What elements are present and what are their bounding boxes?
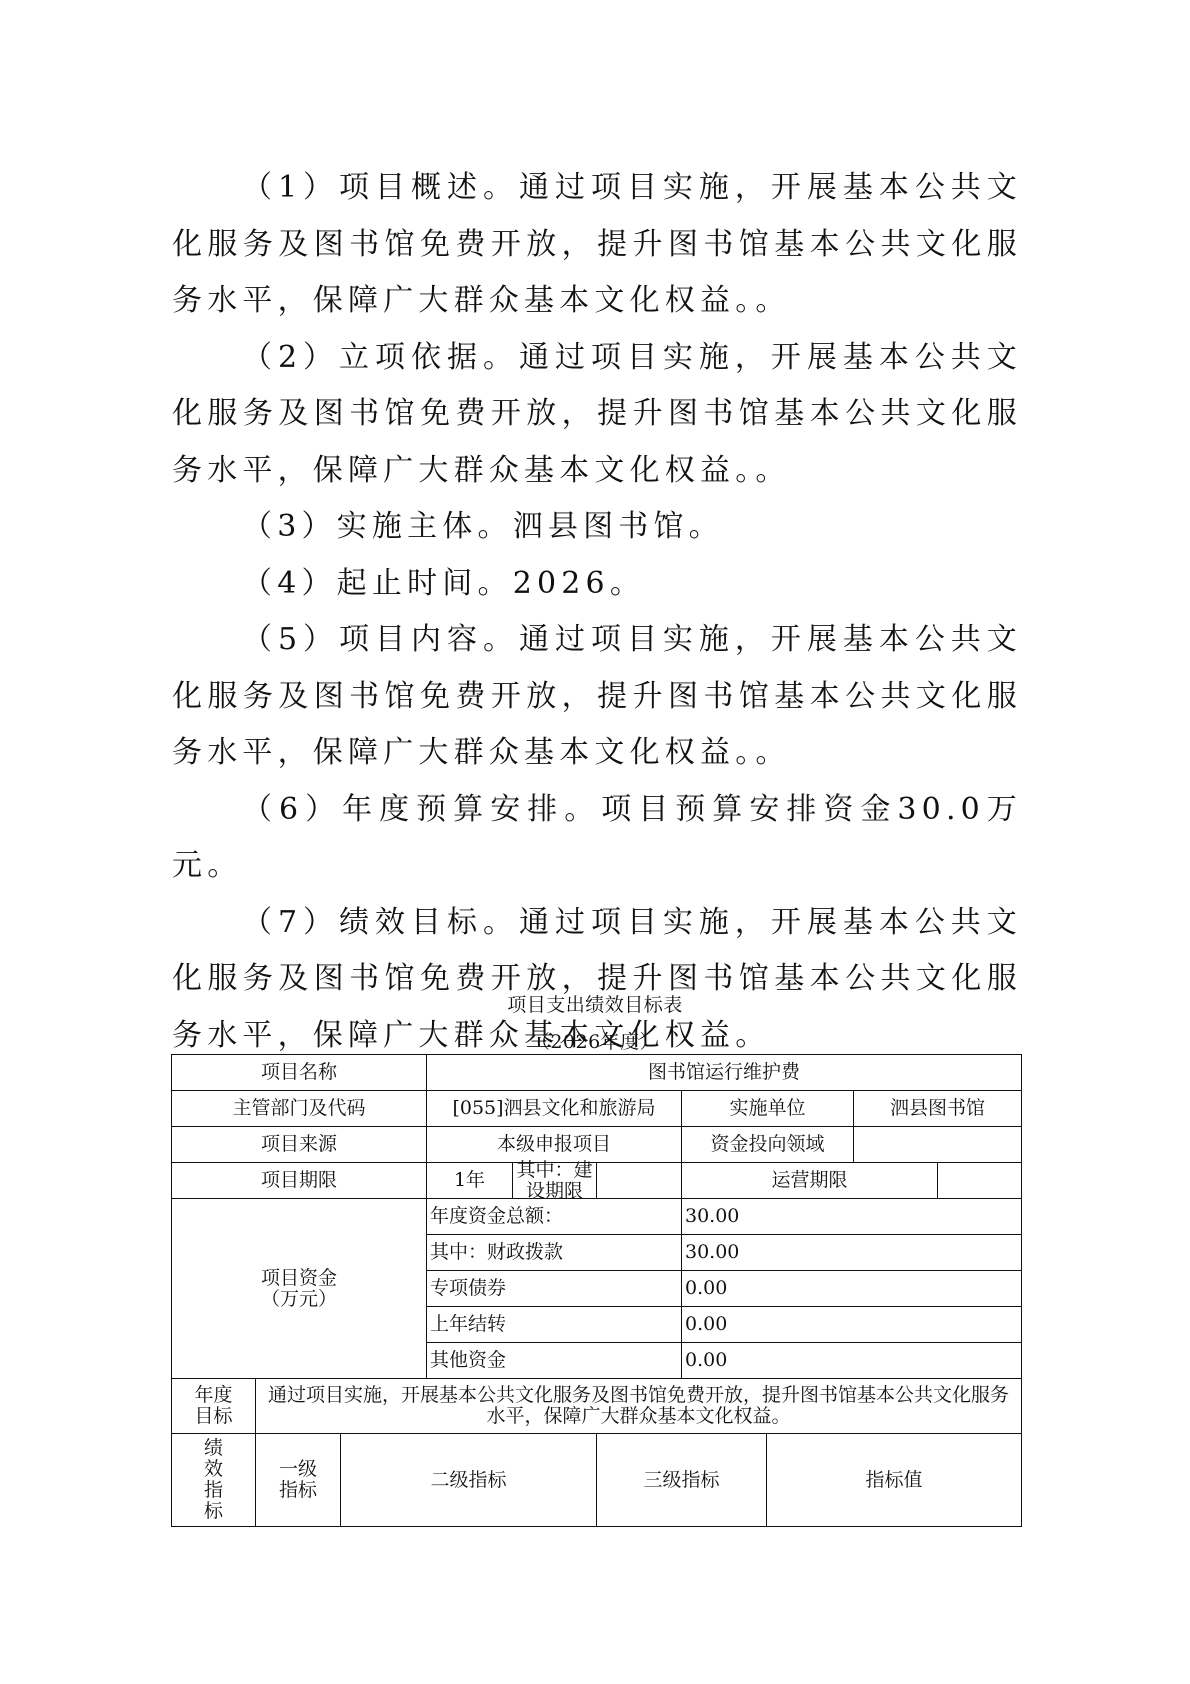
funds-label-text: 项目资金: [261, 1267, 337, 1289]
fund-area-label: 资金投向领域: [682, 1127, 854, 1163]
paragraph-overview: （1）项目概述。通过项目实施，开展基本公共文化服务及图书馆免费开放，提升图书馆基…: [172, 160, 1022, 330]
table-subtitle: （2026年度）: [170, 1027, 1020, 1054]
table-title: 项目支出绩效目标表: [170, 990, 1020, 1017]
paragraph-label: （1）项目概述。: [242, 170, 519, 205]
fund-row-value: 30.00: [682, 1199, 1022, 1235]
funds-label: 项目资金（万元）: [172, 1199, 427, 1379]
dept-label: 主管部门及代码: [172, 1091, 427, 1127]
paragraph-label: （6）年度预算安排。: [242, 792, 601, 827]
indicators-label-char: 指: [204, 1479, 223, 1501]
construction-period-label: 其中：建设期限: [512, 1163, 596, 1198]
table-row: 项目名称 图书馆运行维护费: [172, 1055, 1022, 1091]
table-row: 绩效指标 一级指标 二级指标 三级指标 指标值: [172, 1434, 1022, 1527]
operation-period-label: 运营期限: [682, 1163, 938, 1199]
impl-unit-value: 泗县图书馆: [854, 1091, 1022, 1127]
fund-row-label: 专项债券: [427, 1271, 682, 1307]
annual-goal-label: 年度目标: [172, 1379, 256, 1434]
period-label: 项目期限: [172, 1163, 427, 1199]
paragraph-text: 2026。: [513, 566, 645, 601]
indicator-value-header: 指标值: [767, 1434, 1022, 1527]
paragraph-label: （7）绩效目标。: [242, 905, 519, 940]
project-name-value: 图书馆运行维护费: [427, 1055, 1022, 1091]
annual-goal-text: 通过项目实施，开展基本公共文化服务及图书馆免费开放，提升图书馆基本公共文化服务水…: [256, 1379, 1022, 1434]
impl-unit-label: 实施单位: [682, 1091, 854, 1127]
construction-period-value: [597, 1163, 682, 1199]
level3-indicator-header: 三级指标: [597, 1434, 767, 1527]
level1-indicator-header: 一级指标: [256, 1434, 341, 1527]
fund-row-value: 0.00: [682, 1343, 1022, 1379]
indicators-label-char: 绩: [204, 1437, 223, 1459]
level1-label-line: 指标: [279, 1479, 317, 1501]
paragraph-text: 泗县图书馆。: [513, 509, 724, 544]
period-years: 1年: [427, 1163, 512, 1198]
indicators-label-char: 效: [204, 1458, 223, 1480]
project-name-label: 项目名称: [172, 1055, 427, 1091]
table-row: 年度目标 通过项目实施，开展基本公共文化服务及图书馆免费开放，提升图书馆基本公共…: [172, 1379, 1022, 1434]
paragraph-budget: （6）年度预算安排。项目预算安排资金30.0万元。: [172, 782, 1022, 895]
table-row: 项目期限 1年 其中：建设期限 运营期限: [172, 1163, 1022, 1199]
fund-row-label: 上年结转: [427, 1307, 682, 1343]
document-page: （1）项目概述。通过项目实施，开展基本公共文化服务及图书馆免费开放，提升图书馆基…: [0, 0, 1190, 1684]
paragraph-label: （2）立项依据。: [242, 340, 519, 375]
indicators-label-char: 标: [204, 1500, 223, 1522]
fund-row-value: 0.00: [682, 1271, 1022, 1307]
paragraph-label: （4）起止时间。: [242, 566, 513, 601]
indicators-label: 绩效指标: [172, 1434, 256, 1527]
fund-row-label: 年度资金总额：: [427, 1199, 682, 1235]
project-description: （1）项目概述。通过项目实施，开展基本公共文化服务及图书馆免费开放，提升图书馆基…: [172, 160, 1022, 1064]
funds-unit-text: （万元）: [261, 1288, 337, 1310]
annual-goal-label-line: 目标: [194, 1405, 232, 1427]
dept-value: [055]泗县文化和旅游局: [427, 1091, 682, 1127]
fund-row-value: 30.00: [682, 1235, 1022, 1271]
fund-area-value: [854, 1127, 1022, 1163]
annual-goal-label-line: 年度: [194, 1384, 232, 1406]
performance-target-table: 项目名称 图书馆运行维护费 主管部门及代码 [055]泗县文化和旅游局 实施单位…: [171, 1054, 1022, 1527]
table-row: 项目来源 本级申报项目 资金投向领域: [172, 1127, 1022, 1163]
paragraph-label: （5）项目内容。: [242, 622, 519, 657]
table-row: 主管部门及代码 [055]泗县文化和旅游局 实施单位 泗县图书馆: [172, 1091, 1022, 1127]
paragraph-timeframe: （4）起止时间。2026。: [172, 556, 1022, 613]
operation-period-value: [938, 1163, 1022, 1199]
source-value: 本级申报项目: [427, 1127, 682, 1163]
level1-label-line: 一级: [279, 1458, 317, 1480]
fund-row-label: 其他资金: [427, 1343, 682, 1379]
source-label: 项目来源: [172, 1127, 427, 1163]
level2-indicator-header: 二级指标: [341, 1434, 597, 1527]
paragraph-label: （3）实施主体。: [242, 509, 513, 544]
paragraph-implementer: （3）实施主体。泗县图书馆。: [172, 499, 1022, 556]
fund-row-label: 其中：财政拨款: [427, 1235, 682, 1271]
paragraph-basis: （2）立项依据。通过项目实施，开展基本公共文化服务及图书馆免费开放，提升图书馆基…: [172, 330, 1022, 500]
paragraph-content: （5）项目内容。通过项目实施，开展基本公共文化服务及图书馆免费开放，提升图书馆基…: [172, 612, 1022, 782]
period-value: 1年 其中：建设期限: [427, 1163, 597, 1199]
table-row: 项目资金（万元） 年度资金总额： 30.00: [172, 1199, 1022, 1235]
fund-row-value: 0.00: [682, 1307, 1022, 1343]
